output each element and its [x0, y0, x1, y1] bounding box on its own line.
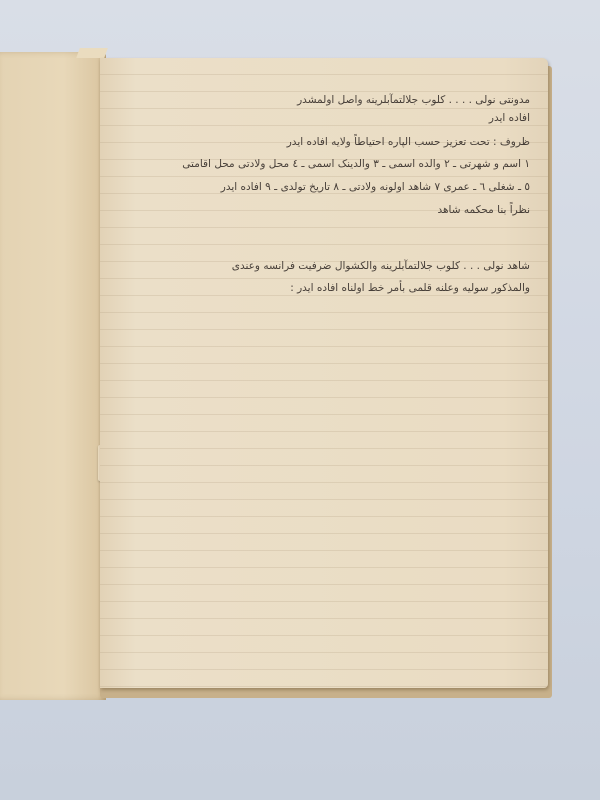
photo-scene: مدونتی نولی . . . . کلوب جلالتمآبلرینه و…: [0, 0, 600, 800]
handwritten-line: ظروف : تحت تعزیز حسب الپاره احتیاطاً ولا…: [287, 136, 530, 148]
handwritten-line: ٥ ـ شغلی ٦ ـ عمری ٧ شاهد اولونه ولادتی ـ…: [221, 181, 530, 193]
handwritten-line: ١ اسم و شهرتی ـ ٢ والده اسمی ـ ٣ والدینک…: [182, 158, 530, 170]
handwritten-line: مدونتی نولی . . . . کلوب جلالتمآبلرینه و…: [297, 94, 530, 106]
handwritten-line: والمذکور سولیه وعلنه قلمی بأمر خط اولناه…: [290, 282, 530, 294]
torn-corner: [76, 48, 108, 58]
handwritten-line: افاده ایدر: [489, 112, 530, 124]
left-notebook-page: [0, 52, 106, 700]
handwritten-line: شاهد نولی . . . کلوب جلالتمآبلرینه والکش…: [232, 260, 530, 272]
handwritten-line: نظراً بنا محکمه شاهد: [438, 204, 531, 216]
right-notebook-page: مدونتی نولی . . . . کلوب جلالتمآبلرینه و…: [100, 58, 548, 688]
